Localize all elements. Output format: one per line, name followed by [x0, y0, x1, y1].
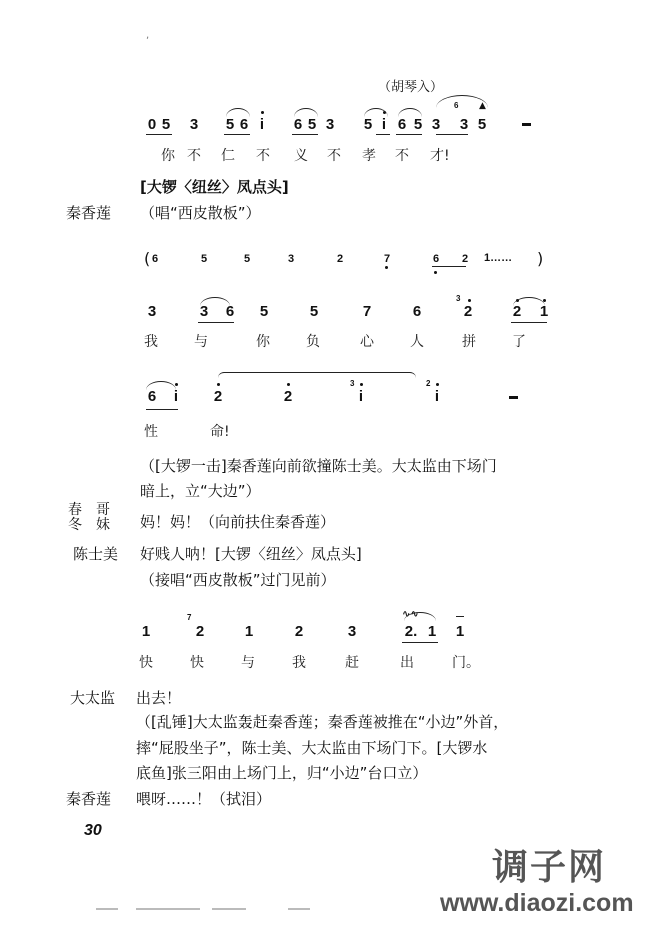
note: 6 — [146, 389, 158, 404]
beam-underline — [146, 134, 172, 135]
slur — [436, 95, 488, 108]
beam-underline — [376, 134, 390, 135]
note: 5 — [224, 117, 236, 132]
slur — [294, 108, 318, 117]
note: 2 — [334, 252, 346, 267]
note: 3 — [346, 624, 358, 639]
high-dash-mark — [456, 616, 464, 617]
lyric: 命! — [210, 424, 230, 440]
sustain-dash — [522, 123, 531, 126]
long-slur — [318, 372, 416, 379]
dialogue: 喂呀……！（拭泪） — [136, 789, 271, 809]
note: i — [378, 117, 390, 132]
beam-underline — [396, 134, 422, 135]
lyric: 出 — [400, 655, 414, 671]
note: 2 — [282, 389, 294, 404]
grace-note: 3 — [350, 380, 354, 388]
role-name: 秦香莲 — [66, 790, 111, 808]
octave-dot — [287, 383, 290, 386]
lyric: 负 — [306, 334, 320, 350]
note: 5 — [476, 117, 488, 132]
beam-underline — [402, 642, 438, 643]
note: 5 — [306, 117, 318, 132]
stage-direction: （[大锣一击]秦香莲向前欲撞陈士美。大太监由下场门 — [140, 456, 497, 476]
slur — [200, 297, 230, 306]
lyric: 我 — [292, 655, 306, 671]
lyric: 人 — [410, 334, 424, 350]
note: 7 — [361, 304, 373, 319]
watermark-title: 调子网 — [492, 848, 606, 888]
stage-direction: （唱“西皮散板”） — [140, 203, 261, 223]
stage-direction: 暗上，立“大边”） — [140, 481, 261, 501]
lyric: 不 — [256, 148, 270, 164]
note: 2 — [194, 624, 206, 639]
note: i — [355, 389, 367, 404]
beam-underline — [432, 266, 466, 267]
beam-underline — [292, 134, 318, 135]
lyric: 你 — [256, 334, 270, 350]
lyric: 与 — [194, 334, 208, 350]
percussion-cue: [大锣〈纽丝〉凤点头] — [140, 177, 289, 197]
lyric: 门。 — [452, 655, 480, 671]
lyric: 才! — [430, 148, 450, 164]
lyric: 义 — [294, 148, 308, 164]
note: 6 — [396, 117, 408, 132]
sustain-dash — [509, 396, 518, 399]
slur — [364, 108, 388, 117]
note: 6 — [430, 252, 442, 267]
note: 2. — [402, 624, 420, 639]
lyric: 不 — [395, 148, 409, 164]
slur — [513, 297, 545, 306]
scan-artifact — [96, 908, 118, 910]
lyric: 赶 — [345, 655, 359, 671]
lyric: 我 — [144, 334, 158, 350]
grace-note: 2 — [426, 380, 430, 388]
note: 6 — [238, 117, 250, 132]
note: 3 — [430, 117, 442, 132]
note: 3 — [458, 117, 470, 132]
beam-underline — [511, 322, 547, 323]
stage-direction: 底鱼]张三阳由上场门上，归“小边”台口立） — [136, 763, 427, 783]
octave-dot — [360, 383, 363, 386]
watermark-url[interactable]: www.diaozi.com — [440, 888, 634, 918]
role-name: 陈士美 — [73, 545, 118, 563]
note: 3 — [285, 252, 297, 267]
lyric: 不 — [187, 148, 201, 164]
page-number: 30 — [84, 822, 102, 840]
note: 5 — [160, 117, 172, 132]
note: 3 — [188, 117, 200, 132]
note: 3 — [324, 117, 336, 132]
lyric: 与 — [241, 655, 255, 671]
note: 1 — [538, 304, 550, 319]
stage-direction: （[乱锤]大太监轰赶秦香莲；秦香莲被推在“小边”外首， — [136, 712, 508, 732]
lyric: 性 — [144, 424, 158, 440]
note: 5 — [412, 117, 424, 132]
score1-annotation: （胡琴入） — [378, 78, 443, 98]
note: 6 — [224, 304, 236, 319]
role-name: 大太监 — [70, 689, 115, 707]
note: 6 — [149, 252, 161, 267]
octave-dot — [468, 299, 471, 302]
note: 6 — [292, 117, 304, 132]
lyric: 了 — [512, 334, 526, 350]
dialogue: 出去！ — [136, 688, 181, 708]
stage-direction: 摔“屁股坐子”，陈士美、大太监由下场门下。[大锣水 — [136, 738, 487, 758]
octave-dot — [175, 383, 178, 386]
note: 5 — [362, 117, 374, 132]
note: 6 — [411, 304, 423, 319]
grace-note: 7 — [187, 614, 191, 622]
octave-dot — [436, 383, 439, 386]
dialogue: 好贱人呐！[大锣〈纽丝〉凤点头] — [140, 544, 362, 564]
lyric: 快 — [190, 655, 204, 671]
scan-artifact — [136, 908, 200, 910]
note: 5 — [258, 304, 270, 319]
note: 2 — [459, 252, 471, 267]
lyric: 仁 — [221, 148, 235, 164]
note: 2 — [293, 624, 305, 639]
scan-speck: , — [146, 30, 149, 41]
lyric: 孝 — [362, 148, 376, 164]
slur — [404, 612, 436, 621]
note: 1 — [243, 624, 255, 639]
grace-note: 3 — [456, 295, 460, 303]
note: 2 — [462, 304, 474, 319]
note: 2 — [212, 389, 224, 404]
lyric: 拼 — [462, 334, 476, 350]
note: 2 — [511, 304, 523, 319]
long-slur — [218, 372, 318, 379]
low-octave-dot — [385, 266, 388, 269]
scan-artifact — [212, 908, 246, 910]
beam-underline — [436, 134, 468, 135]
octave-dot — [217, 383, 220, 386]
note: 5 — [198, 252, 210, 267]
note: 1 — [426, 624, 438, 639]
note: 0 — [146, 117, 158, 132]
scan-artifact — [288, 908, 310, 910]
lyric: 不 — [327, 148, 341, 164]
beam-underline — [198, 322, 234, 323]
slur — [398, 108, 422, 117]
role-name: 冬 妹 — [68, 518, 110, 533]
role-name: 春 哥 — [68, 503, 110, 518]
note: 3 — [146, 304, 158, 319]
low-octave-dot — [434, 271, 437, 274]
note: 7 — [381, 252, 393, 267]
beam-underline — [146, 409, 178, 410]
note: 5 — [241, 252, 253, 267]
dialogue: 妈！妈！（向前扶住秦香莲） — [140, 512, 335, 532]
lyric: 快 — [139, 655, 153, 671]
note-with-ellipsis: 1…… — [484, 252, 512, 264]
stage-direction: （接唱“西皮散板”过门见前） — [140, 570, 336, 590]
octave-dot — [261, 111, 264, 114]
note: 3 — [198, 304, 210, 319]
note: 1 — [454, 624, 466, 639]
lyric: 你 — [161, 148, 175, 164]
role-name: 秦香莲 — [66, 204, 111, 222]
slur — [226, 108, 250, 117]
note: i — [256, 117, 268, 132]
lyric: 心 — [360, 334, 374, 350]
close-paren: ) — [537, 251, 543, 267]
note: 1 — [140, 624, 152, 639]
note: 5 — [308, 304, 320, 319]
note: i — [431, 389, 443, 404]
note: i — [170, 389, 182, 404]
beam-underline — [224, 134, 250, 135]
